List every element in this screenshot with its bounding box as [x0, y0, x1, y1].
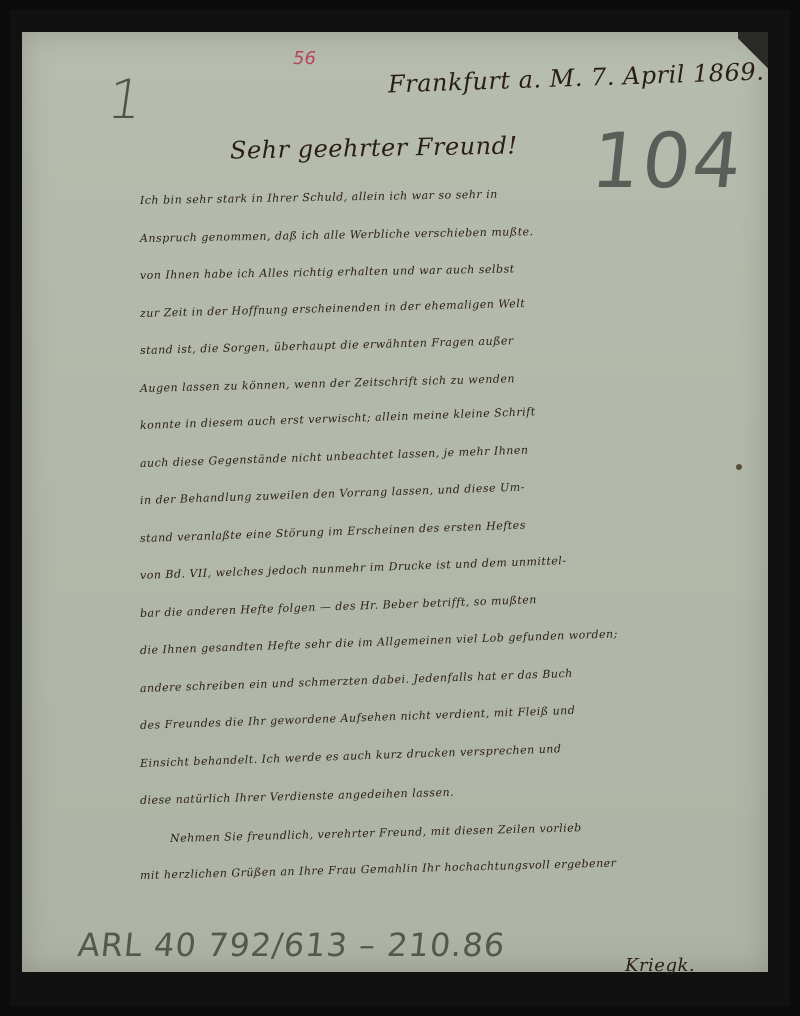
- archive-signature: ARL 40 792/613 – 210.86: [76, 926, 507, 964]
- letter-signature: Kriegk.: [625, 955, 695, 976]
- red-folio-number: 56: [293, 48, 316, 69]
- letter-salutation: Sehr geehrter Freund!: [230, 131, 518, 164]
- letter-body: Ich bin sehr stark in Ihrer Schuld, alle…: [140, 182, 780, 895]
